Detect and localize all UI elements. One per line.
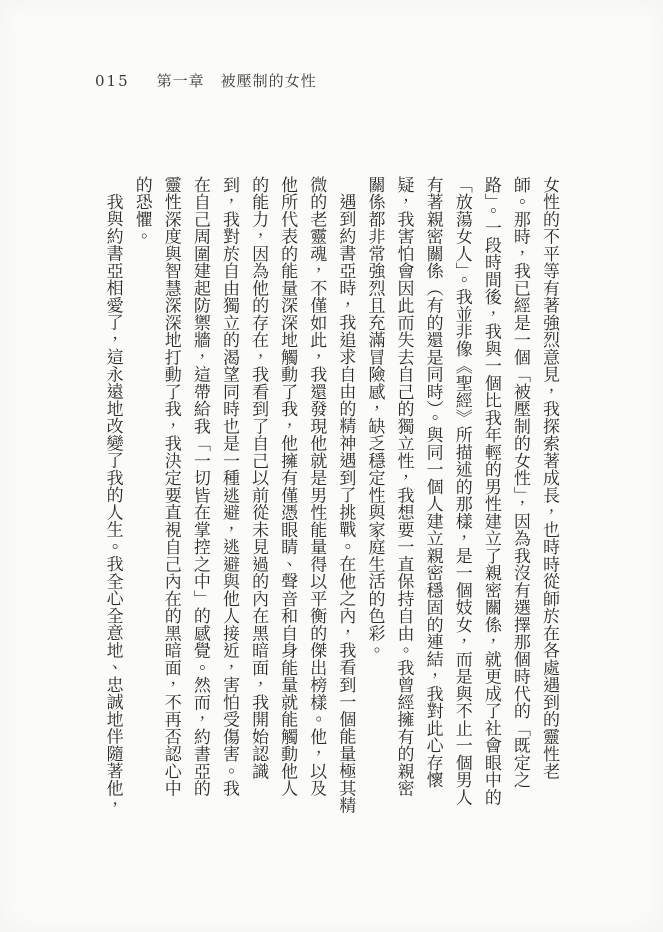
paragraph: 我與約書亞相愛了，這永遠地改變了我的人生。我全心全意地、忠誠地伴隨著他，不過這種… xyxy=(97,176,127,814)
chapter-number-label: 第一章 xyxy=(157,70,205,91)
page-number: 015 xyxy=(95,72,130,90)
paragraph: 女性的不平等有著強烈意見，我探索著成長，也時時從師於在各處遇到的靈性老師。那時，… xyxy=(359,176,563,814)
chapter-title: 被壓制的女性 xyxy=(221,72,317,90)
running-head: 015第一章被壓制的女性 xyxy=(95,70,317,91)
paragraph: 遇到約書亞時，我追求自由的精神遇到了挑戰。在他之內，我看到一個能量極其精微的老靈… xyxy=(127,176,360,814)
book-page: 015第一章被壓制的女性 女性的不平等有著強烈意見，我探索著成長，也時時從師於在… xyxy=(0,0,663,932)
body-text: 女性的不平等有著強烈意見，我探索著成長，也時時從師於在各處遇到的靈性老師。那時，… xyxy=(97,176,563,814)
